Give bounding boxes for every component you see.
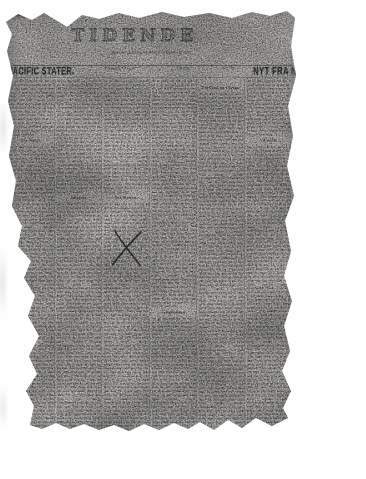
- ink-smudge: [58, 6, 80, 17]
- newspaper-page: TIDENDE organ for skandinaverne paa stil…: [4, 6, 296, 432]
- ink-smudge: [6, 9, 32, 22]
- ink-smudge: [262, 7, 290, 19]
- masthead-subtitle-text: organ for skandinaverne paa stillehavsky…: [110, 50, 191, 55]
- scan-edge-artifact: [0, 380, 7, 435]
- body-columns: det er ikke som har vil den til en af og…: [7, 79, 291, 432]
- column-subhead: Fra Norge.: [9, 139, 54, 143]
- dateline: Portland, Oregon Torsdag No. 14: [89, 66, 240, 77]
- dateline-item: Portland, Oregon: [105, 66, 136, 71]
- section-header-row: PACIFIC STATER. Portland, Oregon Torsdag…: [8, 62, 289, 77]
- news-column-4: det er ikke som har vil den til en af og…: [149, 79, 197, 432]
- masthead-title: TIDENDE: [4, 26, 296, 46]
- ink-smudge: [200, 9, 264, 19]
- scanned-document-canvas: TIDENDE organ for skandinaverne paa stil…: [0, 0, 366, 479]
- scan-edge-artifact: [0, 235, 7, 330]
- section-header-right: NYT FRA NORDEN.: [254, 65, 329, 78]
- masthead-subtitle: organ for skandinaverne paa stillehavsky…: [4, 50, 296, 60]
- header-rule: [6, 77, 293, 78]
- column-subhead: Portland og Omegn.: [199, 86, 244, 90]
- dateline-item: Torsdag: [176, 66, 190, 71]
- handwritten-x-mark: [110, 228, 144, 268]
- column-subhead: Udlandet.: [247, 139, 292, 143]
- news-column-2: det er ikke som har vil den til en af og…: [54, 79, 102, 432]
- section-header-left: PACIFIC STATER.: [8, 65, 74, 78]
- column-subhead: Fra Kysten.: [104, 196, 149, 200]
- news-column-5: Portland og Omegn. det er ikke som har v…: [196, 79, 244, 432]
- news-column-1: det er ikke som har vil den til en af og…: [7, 79, 54, 432]
- column-subhead: Telegrammer.: [152, 311, 197, 315]
- news-column-6: det er ikke som har vil den til en af og…: [244, 79, 292, 432]
- dateline-item: No. 14: [222, 66, 234, 71]
- column-subhead: Smaanyt.: [57, 196, 102, 200]
- scan-edge-artifact: [0, 92, 8, 162]
